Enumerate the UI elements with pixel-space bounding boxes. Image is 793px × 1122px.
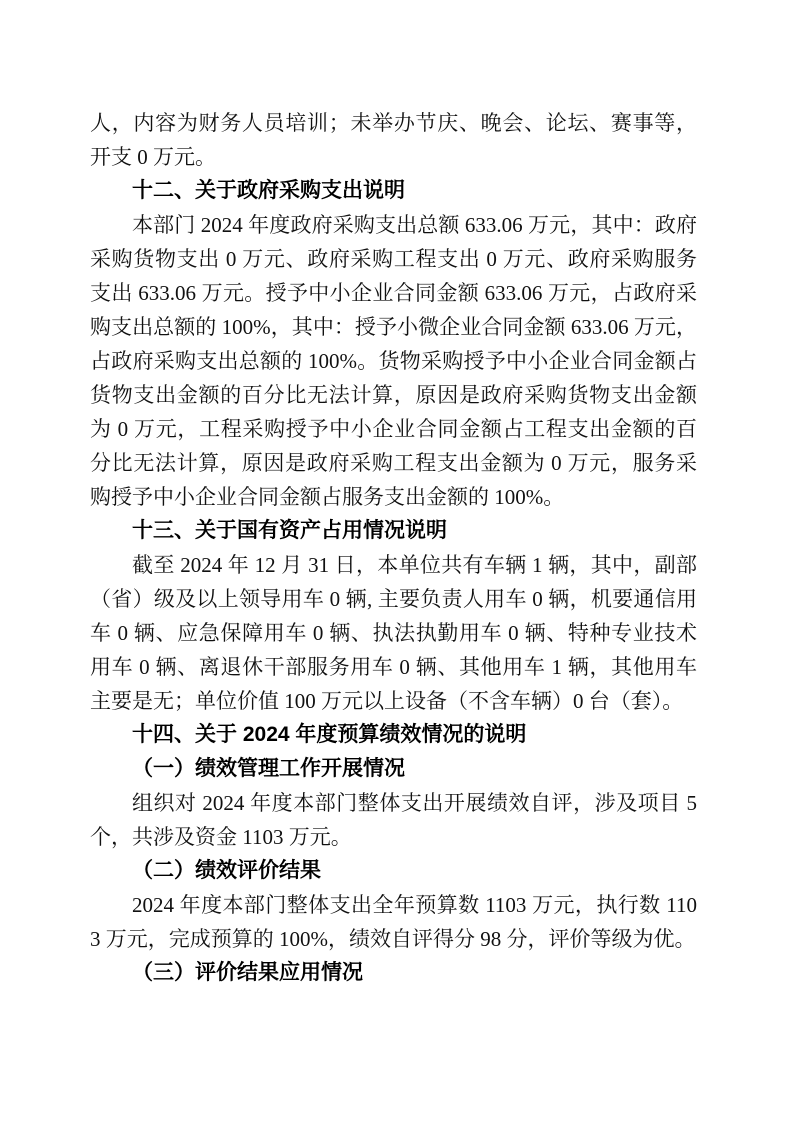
paragraph-state-assets-vehicles: 截至 2024 年 12 月 31 日，本单位共有车辆 1 辆，其中，副部（省）… <box>90 548 697 718</box>
heading-section-13-state-assets: 十三、关于国有资产占用情况说明 <box>90 514 697 548</box>
paragraph-evaluation-score: 2024 年度本部门整体支出全年预算数 1103 万元，执行数 1103 万元，… <box>90 888 697 956</box>
subheading-2-evaluation-results: （二）绩效评价结果 <box>90 854 697 888</box>
subheading-1-performance-management: （一）绩效管理工作开展情况 <box>90 752 697 786</box>
subheading-3-results-application: （三）评价结果应用情况 <box>90 956 697 990</box>
document-page: 人，内容为财务人员培训；未举办节庆、晚会、论坛、赛事等，开支 0 万元。 十二、… <box>0 0 793 1122</box>
paragraph-continuation-entertainment-expense: 人，内容为财务人员培训；未举办节庆、晚会、论坛、赛事等，开支 0 万元。 <box>90 106 697 174</box>
heading-section-12-government-procurement: 十二、关于政府采购支出说明 <box>90 174 697 208</box>
paragraph-performance-self-evaluation: 组织对 2024 年度本部门整体支出开展绩效自评，涉及项目 5 个，共涉及资金 … <box>90 786 697 854</box>
paragraph-government-procurement-details: 本部门 2024 年度政府采购支出总额 633.06 万元，其中：政府采购货物支… <box>90 208 697 514</box>
heading-section-14-budget-performance: 十四、关于 2024 年度预算绩效情况的说明 <box>90 718 697 752</box>
